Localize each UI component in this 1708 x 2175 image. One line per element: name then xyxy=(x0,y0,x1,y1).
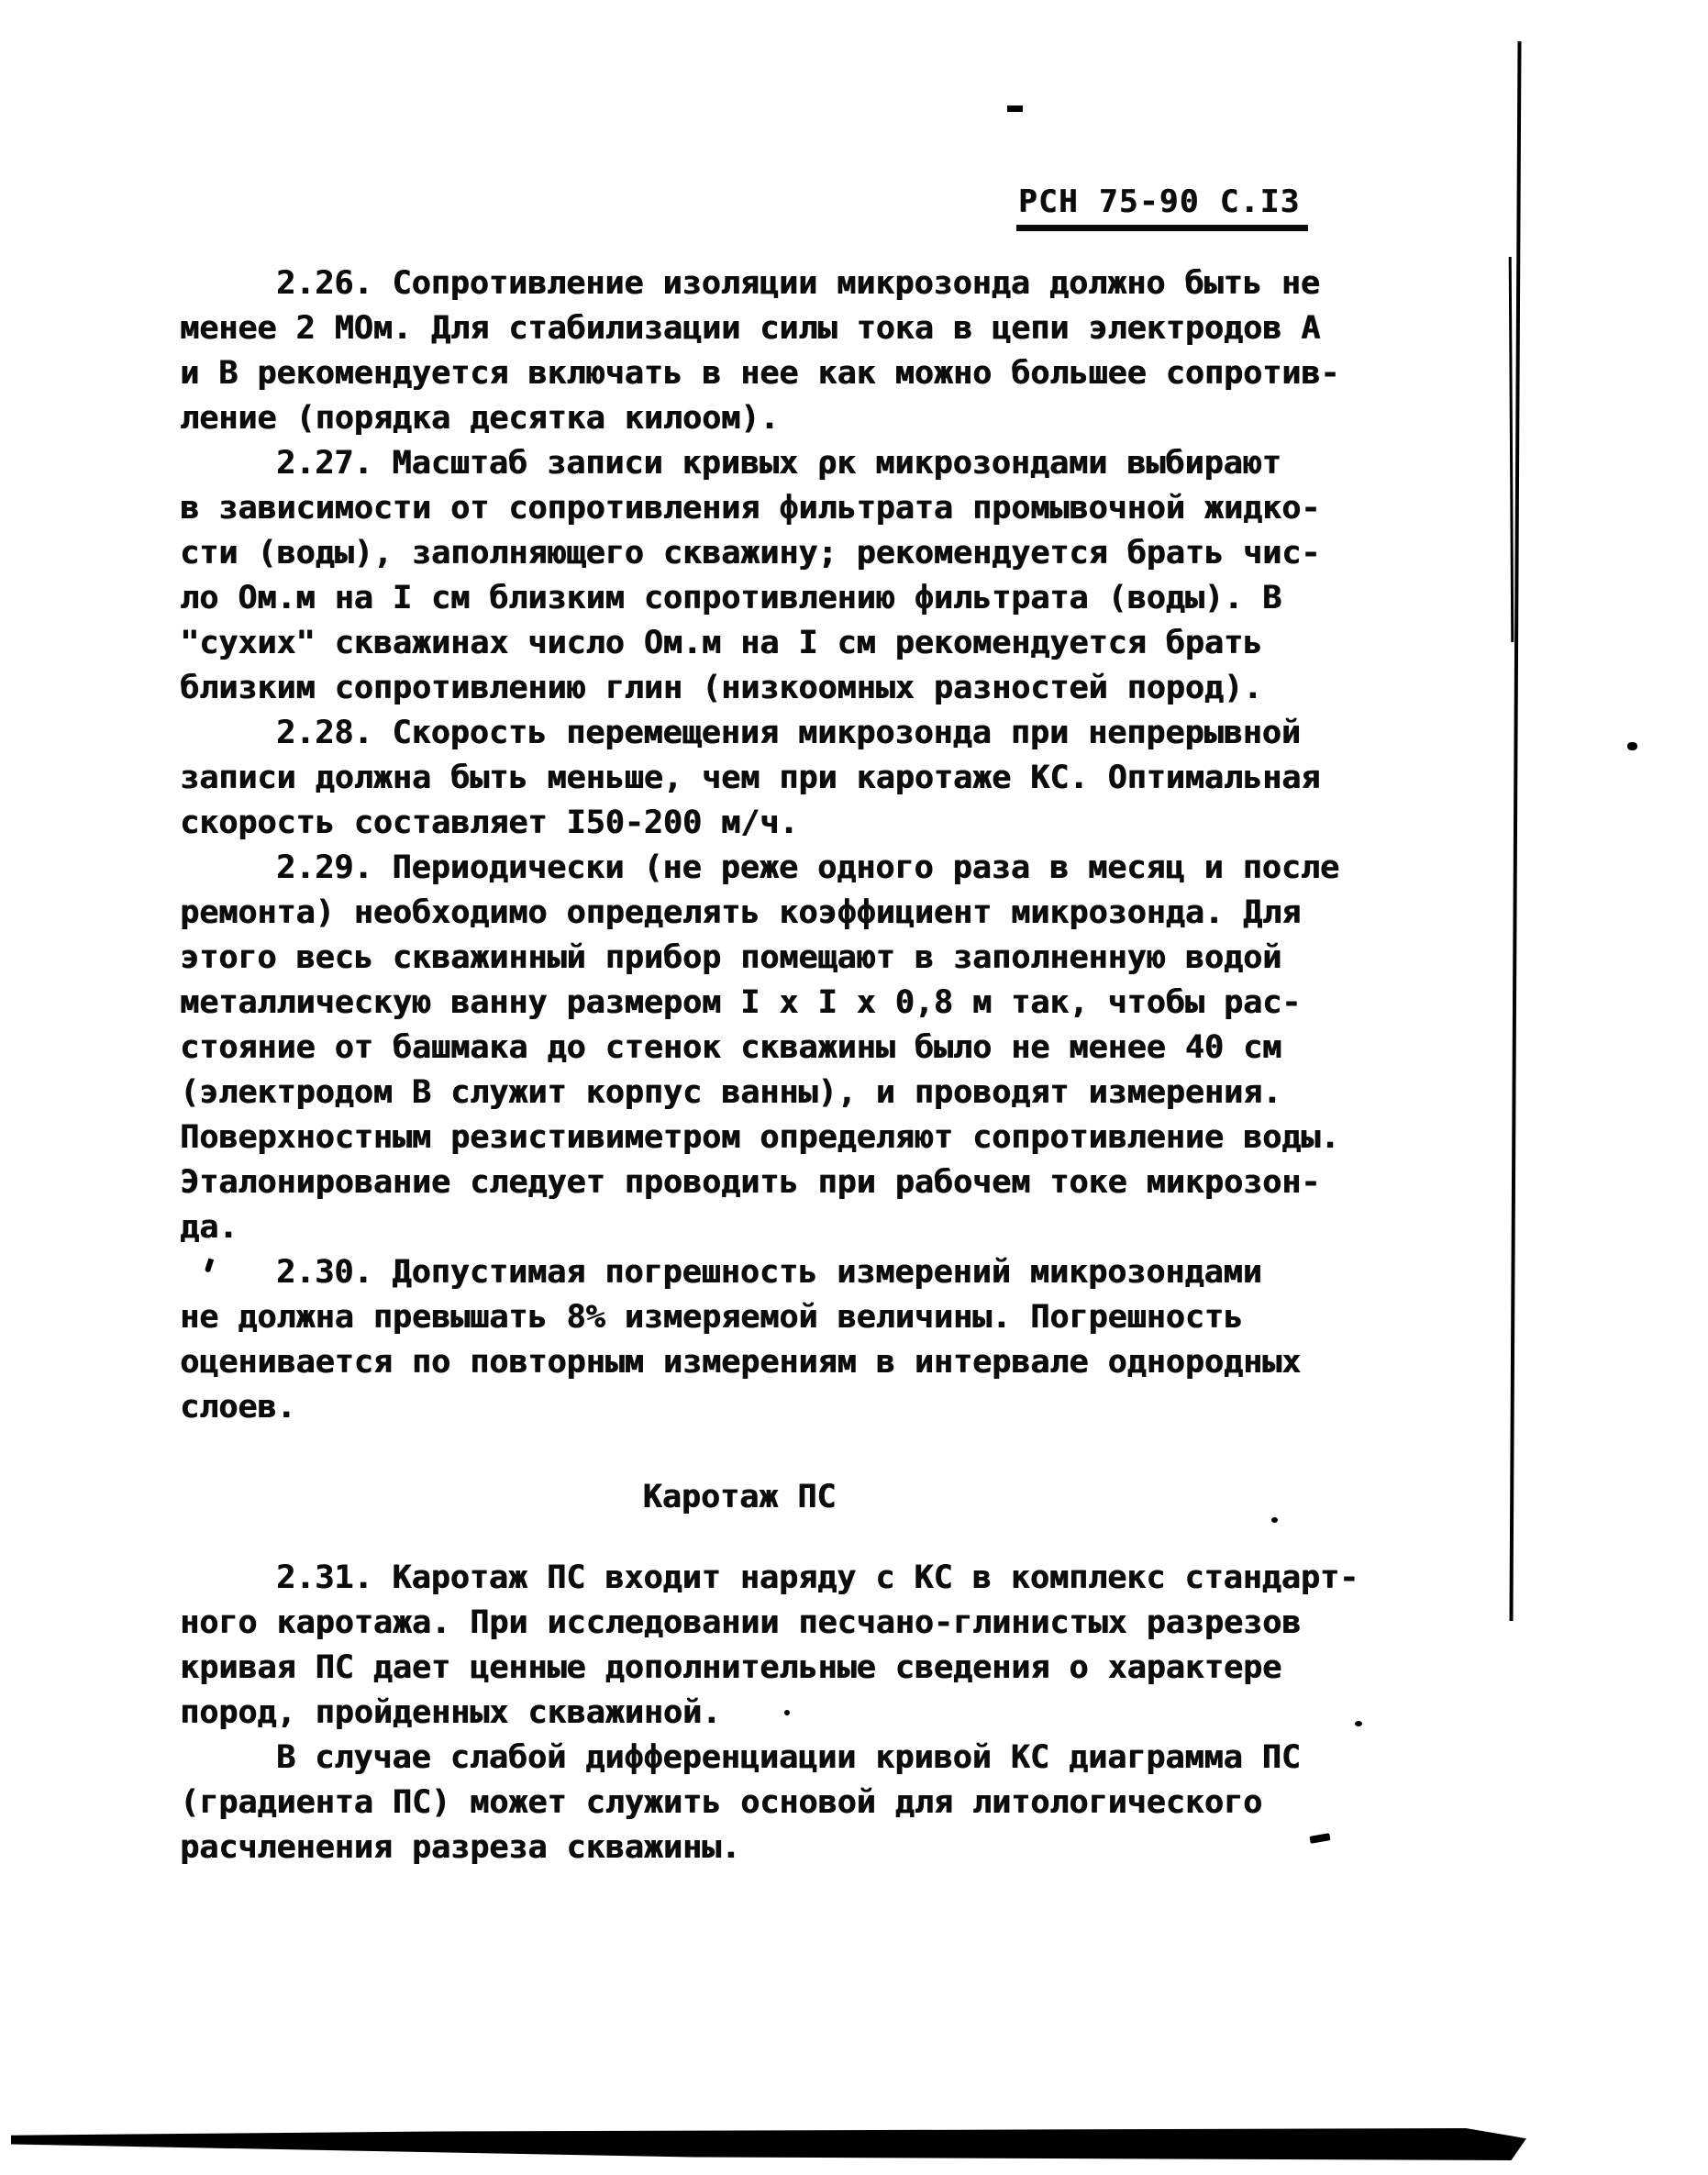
paragraph-2-27: 2.27. Масштаб записи кривых ρк микрозонд… xyxy=(180,441,1400,711)
paragraph-2-31: 2.31. Каротаж ПС входит наряду с КС в ко… xyxy=(180,1556,1400,1736)
scanned-document-page: РСН 75-90 С.I3 2.26. Сопротивление изоля… xyxy=(0,0,1708,2175)
paragraph-2-28: 2.28. Скорость перемещения микрозонда пр… xyxy=(180,711,1400,846)
scan-artifact-dash-mark xyxy=(1007,105,1023,112)
section-heading-karotazh-ps: Каротаж ПС xyxy=(129,1475,1349,1520)
document-body: 2.26. Сопротивление изоляции микрозонда … xyxy=(180,261,1400,1870)
scan-artifact-ink-dot xyxy=(784,1710,790,1715)
paragraph-2-26: 2.26. Сопротивление изоляции микрозонда … xyxy=(180,261,1400,441)
document-code-header: РСН 75-90 С.I3 xyxy=(1016,183,1308,231)
scan-artifact-bottom-black-bar xyxy=(11,2128,1526,2160)
scan-artifact-ink-dot xyxy=(1355,1721,1362,1726)
scan-artifact-ink-dot xyxy=(1271,1517,1278,1523)
scan-artifact-ink-speck xyxy=(1627,742,1637,750)
scan-artifact-vertical-edge-line-fragment xyxy=(1509,257,1514,642)
paragraph-2-30: 2.30. Допустимая погрешность измерений м… xyxy=(180,1250,1400,1430)
paragraph-2-31-continued: В случае слабой дифференциации кривой КС… xyxy=(180,1736,1400,1870)
paragraph-2-29: 2.29. Периодически (не реже одного раза … xyxy=(180,846,1400,1250)
